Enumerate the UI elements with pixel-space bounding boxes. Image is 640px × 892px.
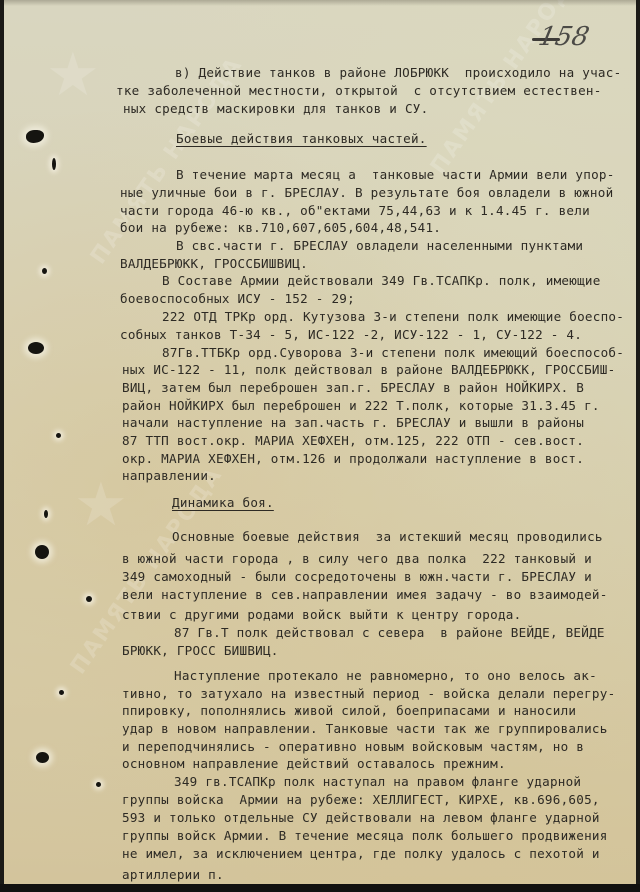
text-line: 349 гв.ТСАПКр полк наступал на правом фл… xyxy=(174,774,581,789)
text-line: ппировку, пополнялись живой силой, боепр… xyxy=(122,703,576,718)
text-line: Основные боевые действия за истекший мес… xyxy=(172,529,603,544)
text-line: вели наступление в сев.направлении имея … xyxy=(122,587,608,602)
text-line: тке заболеченной местности, открытой с о… xyxy=(116,83,602,98)
text-line: ствии с другими родами войск выйти к цен… xyxy=(122,607,521,622)
punch-hole xyxy=(44,510,48,518)
text-line: бои на рубеже: кв.710,607,605,604,48,541… xyxy=(120,220,441,235)
scan-bottom-edge xyxy=(0,884,640,892)
punch-hole xyxy=(42,268,47,274)
text-line: группы войск Армии. В течение месяца пол… xyxy=(122,828,608,843)
punch-hole xyxy=(86,596,92,602)
page-number: 158 xyxy=(536,22,592,52)
text-line: 222 ОТД ТРКр орд. Кутузова 3-и степени п… xyxy=(162,309,624,324)
section-heading-dynamics: Динамика боя. xyxy=(172,495,274,510)
text-line: Наступление протекало не равномерно, то … xyxy=(174,668,597,683)
text-line: ВИЦ, затем был переброшен зап.г. БРЕСЛАУ… xyxy=(122,380,584,395)
text-line: В свс.части г. БРЕСЛАУ овладели населенн… xyxy=(176,238,583,253)
punch-hole xyxy=(56,433,61,438)
text-line: 87Гв.ТТБКр орд.Суворова 3-и степени полк… xyxy=(162,345,624,360)
document-page: ★ ★ ПАМЯТЬ НАРОДА ПАМЯТЬ НАРОДА ПАМЯТЬ Н… xyxy=(4,0,636,884)
text-line: 349 самоходный - были сосредоточены в юж… xyxy=(122,569,592,584)
text-line: удар в новом направлении. Танковые части… xyxy=(122,721,608,736)
text-line: ные уличные бои в г. БРЕСЛАУ. В результа… xyxy=(120,185,613,200)
text-line: не имел, за исключением центра, где полк… xyxy=(122,846,600,861)
text-line: тивно, то затухало на известный период -… xyxy=(122,686,615,701)
punch-hole xyxy=(59,690,64,695)
section-heading-combat: Боевые действия танковых частей. xyxy=(176,131,427,146)
punch-hole xyxy=(36,752,49,763)
text-line: БРЮКК, ГРОСС БИШВИЦ. xyxy=(122,643,279,658)
text-line: и переподчинялись - оперативно новым вой… xyxy=(122,739,584,754)
punch-hole xyxy=(52,158,56,170)
text-line: 87 ТТП вост.окр. МАРИА ХЕФХЕН, отм.125, … xyxy=(122,433,584,448)
watermark-star-icon: ★ xyxy=(46,40,100,110)
text-line: боевоспособных ИСУ - 152 - 29; xyxy=(120,291,355,306)
text-line: группы войска Армии на рубеже: ХЕЛЛИГЕСТ… xyxy=(122,792,600,807)
text-line: собных танков Т-34 - 5, ИС-122 -2, ИСУ-1… xyxy=(120,327,582,342)
text-line: 87 Гв.Т полк действовал с севера в район… xyxy=(174,625,605,640)
text-line: части города 46-ю кв., об"ектами 75,44,6… xyxy=(120,203,590,218)
text-line: ВАЛДЕБРЮКК, ГРОССБИШВИЦ. xyxy=(120,256,308,271)
text-line: в) Действие танков в районе ЛОБРЮКК прои… xyxy=(175,65,621,80)
typewritten-text: в) Действие танков в районе ЛОБРЮКК прои… xyxy=(4,0,35,720)
text-line: артиллерии п. xyxy=(122,867,224,882)
text-line: район НОЙКИРХ был переброшен и 222 Т.пол… xyxy=(122,398,600,413)
text-line: В Составе Армии действовали 349 Гв.ТСАПК… xyxy=(162,273,601,288)
text-line: окр. МАРИА ХЕФХЕН, отм.126 и продолжали … xyxy=(122,451,584,466)
punch-hole xyxy=(96,782,101,787)
text-line: основном направление действий оставалось… xyxy=(122,756,506,771)
text-line: начали наступление на зап.часть г. БРЕСЛ… xyxy=(122,415,584,430)
text-line: в южной части города , в силу чего два п… xyxy=(122,551,592,566)
watermark-star-icon: ★ xyxy=(74,470,128,540)
text-line: В течение марта месяц а танковые части А… xyxy=(176,167,615,182)
text-line: ных ИС-122 - 11, полк действовал в район… xyxy=(122,362,615,377)
text-line: направлении. xyxy=(122,468,216,483)
text-line: ных средств маскировки для танков и СУ. xyxy=(123,101,428,116)
punch-hole xyxy=(35,545,49,559)
text-line: 593 и только отдельные СУ действовали на… xyxy=(122,810,600,825)
